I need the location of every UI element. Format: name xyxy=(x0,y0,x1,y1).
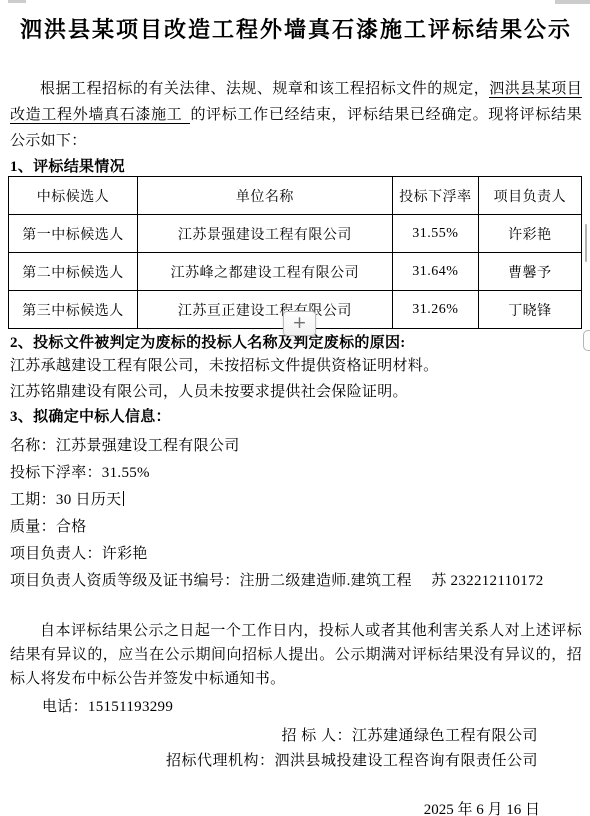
tenderer-line: 招 标 人：江苏建通绿色工程有限公司 xyxy=(10,724,582,749)
table-cell-manager: 丁晓锋 xyxy=(478,291,581,329)
table-header-row: 中标候选人 单位名称 投标下浮率 项目负责人 xyxy=(9,177,582,215)
date-line: 2025 年 6 月 16 日 xyxy=(10,798,582,816)
table-row: 第一中标候选人 江苏景强建设工程有限公司 31.55% 许彩艳 xyxy=(9,215,582,253)
table-header-cell: 项目负责人 xyxy=(478,177,581,215)
table-cell-rate: 31.26% xyxy=(392,291,478,329)
section3-heading: 3、拟确定中标人信息： xyxy=(10,405,582,429)
table-cell-manager: 曹馨予 xyxy=(478,253,581,291)
section2-heading: 2、投标文件被判定为废标的投标人名称及判定废标的原因: xyxy=(10,333,582,353)
agency-line: 招标代理机构：泗洪县城投建设工程咨询有限责任公司 xyxy=(10,749,582,774)
winner-quality-line: 质量：合格 xyxy=(10,514,582,541)
table-header-cell: 中标候选人 xyxy=(9,177,138,215)
table-header-cell: 单位名称 xyxy=(137,177,392,215)
insert-plus-button[interactable]: + xyxy=(283,311,316,336)
intro-paragraph: 根据工程招标的有关法律、法规、规章和该工程招标文件的规定，泗洪县某项目改造工程外… xyxy=(10,76,582,154)
table-cell-candidate: 第二中标候选人 xyxy=(9,253,138,291)
ui-fragment-top-right xyxy=(555,0,590,4)
table-cell-rate: 31.55% xyxy=(392,215,478,253)
rejection-reason-line: 江苏承越建设工程有限公司，未按招标文件提供资格证明材料。 xyxy=(10,353,582,379)
side-widget-fragment[interactable] xyxy=(585,224,587,262)
table-cell-rate: 31.64% xyxy=(392,253,478,291)
phone-line: 电话：15151193299 xyxy=(10,695,582,719)
table-cell-manager: 许彩艳 xyxy=(478,215,581,253)
side-button-fragment[interactable] xyxy=(583,330,590,351)
table-row: 第二中标候选人 江苏峰之都建设工程有限公司 31.64% 曹馨予 xyxy=(9,253,582,291)
signature-block: 招 标 人：江苏建通绿色工程有限公司 招标代理机构：泗洪县城投建设工程咨询有限责… xyxy=(10,724,582,774)
document-canvas[interactable]: 泗洪县某项目改造工程外墙真石漆施工评标结果公示 根据工程招标的有关法律、法规、规… xyxy=(0,0,590,816)
intro-part1: 根据工程招标的有关法律、法规、规章和该工程招标文件的规定， xyxy=(40,81,489,97)
section1-heading: 1、评标结果情况 xyxy=(10,158,582,176)
table-cell-candidate: 第三中标候选人 xyxy=(9,291,138,329)
evaluation-result-table: 中标候选人 单位名称 投标下浮率 项目负责人 第一中标候选人 江苏景强建设工程有… xyxy=(8,176,582,329)
table-header-cell: 投标下浮率 xyxy=(392,177,478,215)
text-cursor xyxy=(123,491,124,506)
table-cell-company: 江苏峰之都建设工程有限公司 xyxy=(137,253,392,291)
page-title: 泗洪县某项目改造工程外墙真石漆施工评标结果公示 xyxy=(10,14,582,46)
winner-certificate-line: 项目负责人资质等级及证书编号：注册二级建造师.建筑工程 苏 2322121101… xyxy=(10,568,582,595)
winner-info-block: 名称：江苏景强建设工程有限公司 投标下浮率：31.55% 工期：30 日历天 质… xyxy=(10,433,582,595)
ui-fragment-top-left xyxy=(8,0,26,3)
rejection-reason-line: 江苏铭鼎建设有限公司，人员未按要求提供社会保险证明。 xyxy=(10,379,582,405)
table-cell-company: 江苏景强建设工程有限公司 xyxy=(137,215,392,253)
table-cell-company: 江苏亘正建设工程有限公司 xyxy=(137,291,392,329)
winner-rate-line: 投标下浮率：31.55% xyxy=(10,460,582,487)
winner-name-line: 名称：江苏景强建设工程有限公司 xyxy=(10,433,582,460)
closing-paragraph: 自本评标结果公示之日起一个工作日内，投标人或者其他利害关系人对上述评标结果有异议… xyxy=(10,619,582,691)
winner-duration-line: 工期：30 日历天 xyxy=(10,487,582,514)
winner-manager-line: 项目负责人：许彩艳 xyxy=(10,541,582,568)
table-cell-candidate: 第一中标候选人 xyxy=(9,215,138,253)
